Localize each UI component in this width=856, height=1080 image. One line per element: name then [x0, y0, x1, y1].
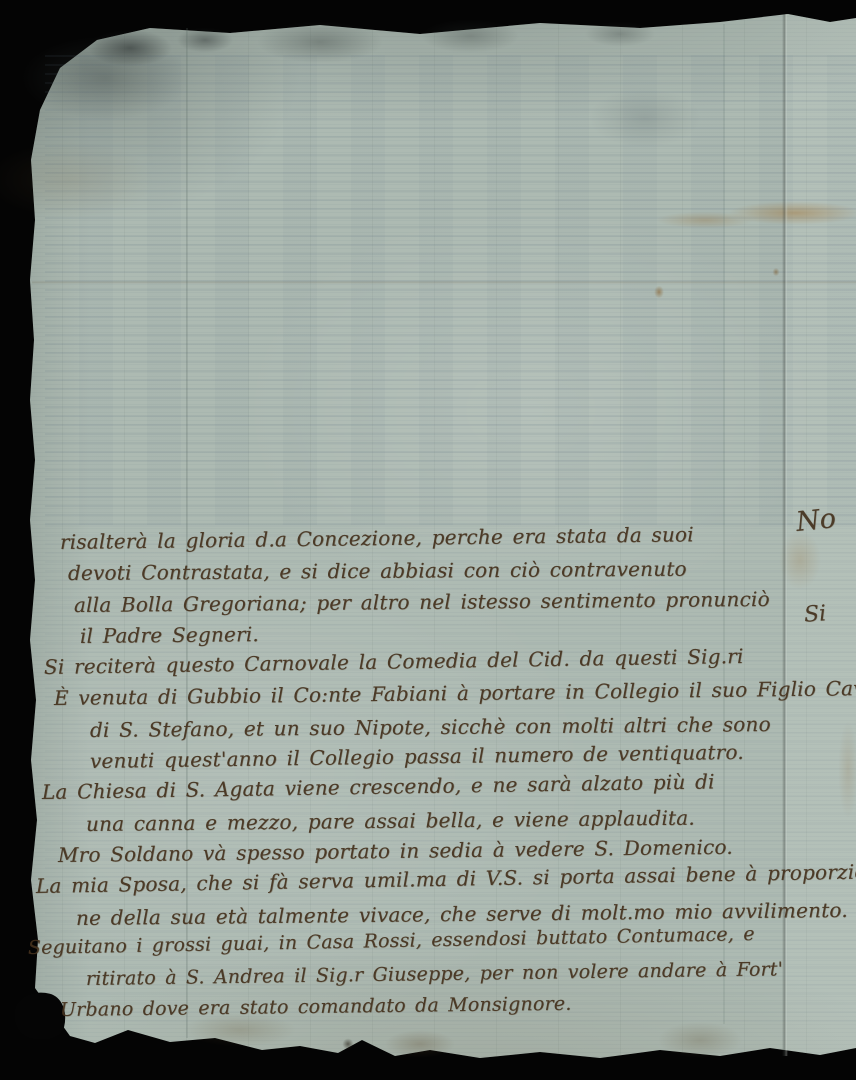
handwriting-block: risalterà la gloria d.a Concezione, perc… — [28, 530, 838, 1031]
adjacent-page-text-fragment: No — [794, 503, 837, 538]
manuscript-scan: risalterà la gloria d.a Concezione, perc… — [0, 0, 856, 1080]
adjacent-page-text-fragment: Si — [803, 601, 827, 627]
